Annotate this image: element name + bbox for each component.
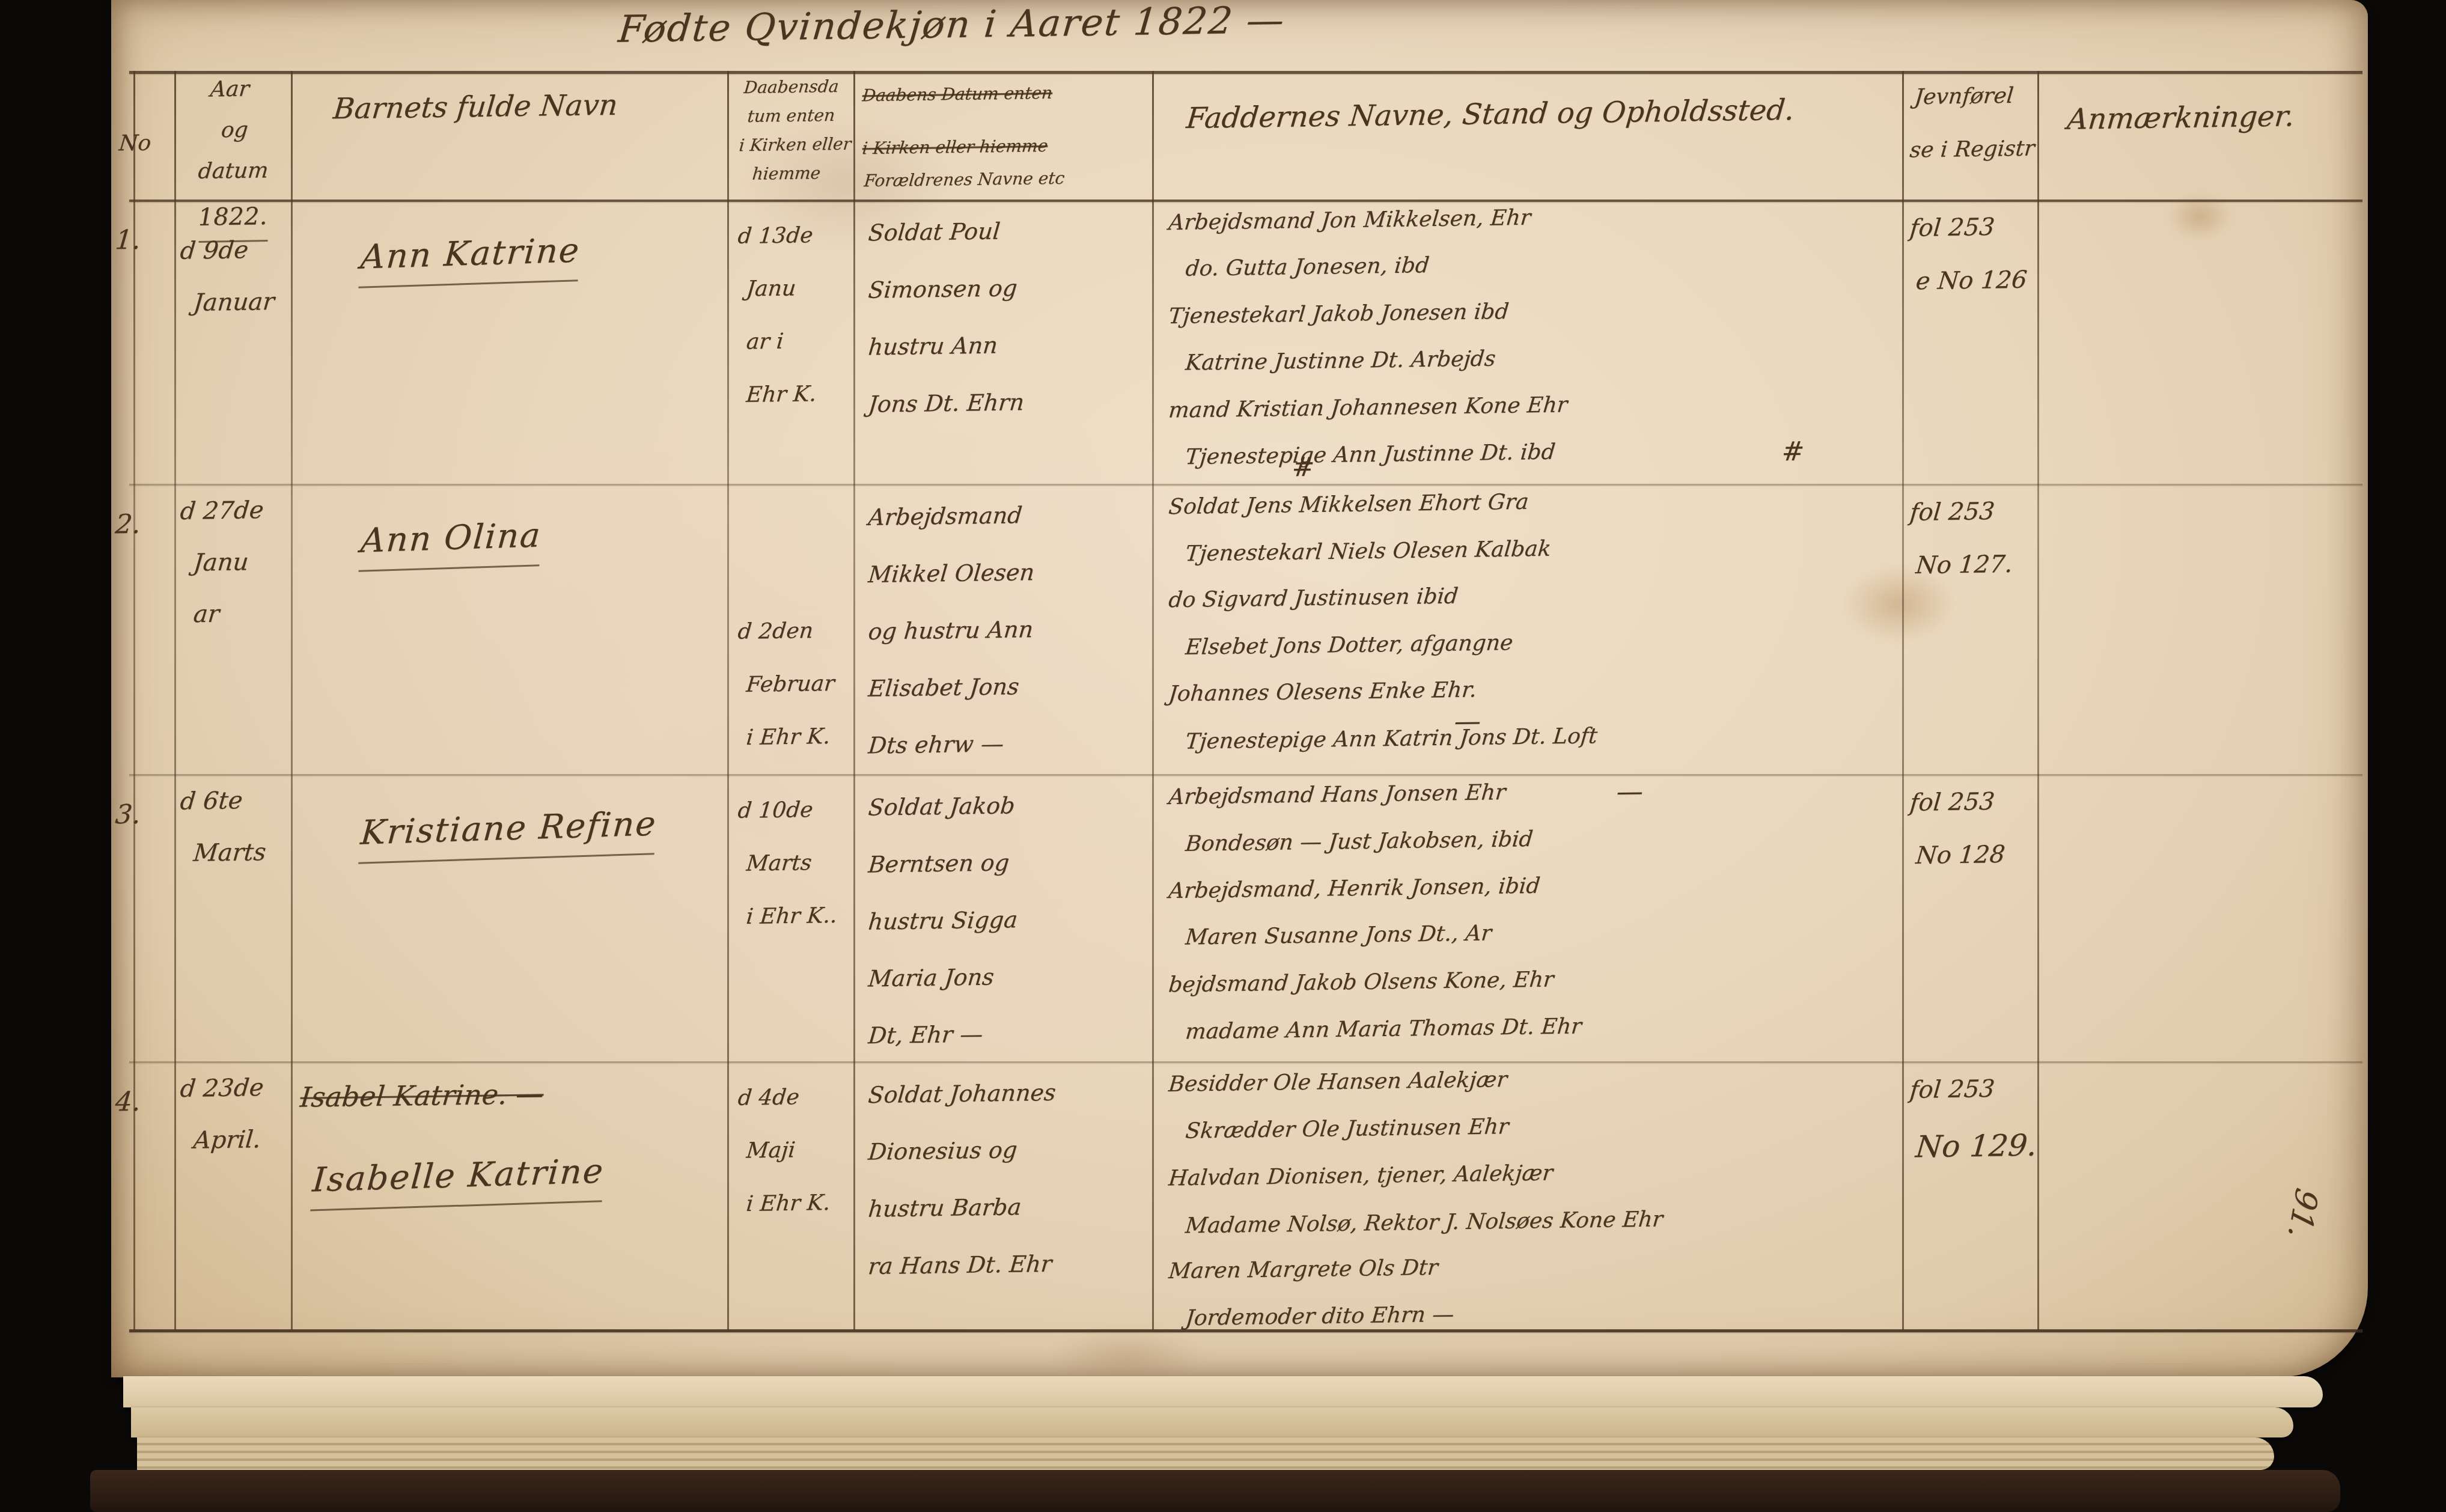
entry-3-parents: Soldat Jakob: [867, 792, 1016, 820]
entry-2-parents: Elisabet Jons: [867, 673, 1020, 701]
entry-3-parents: Berntsen og: [867, 849, 1010, 877]
column-rule: [727, 71, 729, 1331]
entry-1-sponsors: Katrine Justinne Dt. Arbejds: [1185, 346, 1497, 375]
entry-3-baptism-date: i Ehr K..: [745, 903, 838, 929]
entry-2-number: 2.: [114, 509, 142, 540]
column-rule: [133, 71, 135, 1331]
entry-1-sponsors: do. Gutta Jonesen, ibd: [1185, 253, 1430, 281]
entry-4-sponsors: Jordemoder dito Ehrn —: [1185, 1302, 1455, 1331]
column-rule: [1902, 71, 1904, 1331]
entry-3-sponsors: Maren Susanne Jons Dt., Ar: [1185, 921, 1493, 950]
entry-1-name: Ann Katrine: [358, 233, 582, 286]
insertion-mark: #: [1291, 452, 1316, 483]
header-no: No: [118, 131, 152, 156]
header-baptism-line: i Kirken eller: [738, 134, 852, 156]
entry-3-parents: Dt, Ehr —: [867, 1021, 984, 1049]
entry-4-sponsors: Skrædder Ole Justinusen Ehr: [1185, 1114, 1510, 1143]
entry-3-sponsors: Bondesøn — Just Jakobsen, ibid: [1185, 827, 1534, 856]
entry-2-reference: fol 253: [1909, 498, 1996, 526]
entry-3-baptism-date: d 10de: [737, 797, 814, 823]
entry-1-reference: e No 126: [1915, 266, 2028, 296]
header-date-line: og: [220, 118, 249, 143]
header-date-line: Aar: [209, 77, 250, 102]
entry-2-parents: Mikkel Olesen: [867, 559, 1035, 588]
book-cover: [90, 1470, 2340, 1512]
entry-2-sponsors: do Sigvard Justinusen ibid: [1168, 584, 1459, 613]
entry-4-sponsors: Maren Margrete Ols Dtr: [1168, 1255, 1439, 1284]
table-rule: [129, 1329, 2362, 1332]
header-date-line: datum: [197, 158, 269, 184]
paper-stain: [1049, 1328, 1205, 1382]
entry-1-baptism-date: Janu: [745, 276, 797, 301]
entry-1-number: 1.: [114, 225, 142, 256]
column-rule: [291, 71, 293, 1331]
header-reference-line: se i Registr: [1909, 136, 2036, 163]
entry-1-parents: Jons Dt. Ehrn: [867, 389, 1025, 418]
entry-3-name: Kristiane Refine: [358, 807, 659, 862]
entry-1-birth-date: d 9de: [179, 236, 249, 265]
dash-mark: —: [1453, 706, 1483, 737]
entry-3-birth-date: Marts: [192, 838, 267, 867]
entry-2-parents: Dts ehrw —: [867, 730, 1005, 758]
column-rule: [1152, 71, 1154, 1331]
entry-1-parents: Soldat Poul: [867, 218, 1001, 246]
entry-4-number: 4.: [114, 1087, 142, 1118]
entry-4-parents: Dionesius og: [867, 1136, 1019, 1165]
header-parents-struck-line: Daabens Datum enten: [861, 83, 1053, 105]
entry-1-birth-date: Januar: [192, 288, 276, 317]
entry-3-reference: fol 253: [1909, 788, 1996, 817]
page-stack-edge: [137, 1437, 2274, 1470]
entry-1-parents: hustru Ann: [867, 332, 999, 361]
entry-1-sponsors: Tjenestekarl Jakob Jonesen ibd: [1168, 299, 1510, 329]
entry-4-parents: ra Hans Dt. Ehr: [867, 1251, 1053, 1279]
table-rule: [129, 71, 2362, 74]
entry-4-parents: Soldat Johannes: [867, 1079, 1057, 1108]
entry-4-birth-date: d 23de: [179, 1074, 265, 1103]
header-remarks: Anmærkninger.: [2066, 99, 2296, 136]
entry-3-parents: hustru Sigga: [867, 906, 1019, 934]
dash-mark: —: [1615, 776, 1645, 808]
entry-1-reference: fol 253: [1909, 213, 1996, 242]
entry-2-baptism-date: Februar: [745, 671, 835, 697]
entry-4-name-struck: Isabel Katrine. —: [299, 1078, 545, 1114]
entry-2-birth-date: Janu: [192, 548, 250, 576]
entry-3-birth-date: d 6te: [179, 787, 244, 815]
entry-1-baptism-date: d 13de: [737, 223, 814, 249]
column-rule: [853, 71, 855, 1331]
entry-3-reference: No 128: [1915, 841, 2007, 870]
header-reference-line: Jevnførel: [1914, 84, 2014, 109]
entry-2-baptism-date: i Ehr K.: [745, 724, 831, 750]
entry-4-birth-date: April.: [192, 1126, 262, 1154]
entry-1-baptism-date: Ehr K.: [745, 382, 817, 407]
header-baptism-line: hiemme: [751, 163, 821, 184]
entry-4-reference: No 129.: [1914, 1128, 2039, 1165]
entry-2-birth-date: ar: [192, 600, 221, 629]
entry-4-name: Isabelle Katrine: [310, 1154, 606, 1209]
row-rule: [129, 774, 2362, 776]
entry-2-parents: Arbejdsmand: [867, 502, 1023, 531]
header-child-name: Barnets fulde Navn: [332, 88, 619, 126]
entry-1-parents: Simonsen og: [867, 275, 1019, 303]
entry-4-baptism-date: Maji: [745, 1138, 796, 1163]
insertion-mark: #: [1781, 436, 1806, 468]
entry-2-baptism-date: d 2den: [737, 618, 814, 644]
row-rule: [129, 484, 2362, 486]
entry-4-parents: hustru Barba: [867, 1193, 1023, 1222]
entry-2-parents: og hustru Ann: [867, 616, 1034, 645]
entry-4-baptism-date: i Ehr K.: [745, 1190, 831, 1216]
entry-4-sponsors: Besidder Ole Hansen Aalekjær: [1168, 1067, 1508, 1097]
column-rule: [2037, 71, 2039, 1331]
header-baptism-line: Daabensda: [743, 76, 840, 97]
header-parents-line: Forældrenes Navne etc: [863, 168, 1066, 191]
row-rule: [129, 1061, 2362, 1063]
entry-2-sponsors: Tjenestekarl Niels Olesen Kalbak: [1185, 537, 1552, 566]
column-rule: [174, 71, 176, 1331]
page-stack-edge: [123, 1376, 2323, 1407]
entry-3-number: 3.: [114, 799, 142, 831]
entry-2-sponsors: Elsebet Jons Dotter, afgangne: [1185, 630, 1514, 660]
entry-3-baptism-date: Marts: [745, 850, 813, 876]
entry-4-baptism-date: d 4de: [737, 1085, 801, 1110]
header-parents-struck-line: i Kirken eller hiemme: [861, 136, 1049, 158]
entry-1-sponsors: Arbejdsmand Jon Mikkelsen, Ehr: [1168, 206, 1532, 235]
entry-1-sponsors: Tjenestepige Ann Justinne Dt. ibd: [1185, 440, 1557, 470]
entry-3-sponsors: Arbejdsmand, Henrik Jonsen, ibid: [1168, 874, 1542, 904]
header-baptism-line: tum enten: [746, 105, 835, 126]
entry-3-parents: Maria Jons: [867, 964, 995, 992]
entry-4-reference: fol 253: [1909, 1075, 1996, 1104]
entry-3-sponsors: Arbejdsmand Hans Jonsen Ehr: [1168, 780, 1507, 809]
scanned-register-page: Fødte Qvindekjøn i Aaret 1822 — No Aar o…: [0, 0, 2446, 1512]
table-rule: [129, 200, 2362, 202]
entry-2-name: Ann Olina: [358, 517, 543, 570]
entry-2-reference: No 127.: [1915, 550, 2014, 579]
entry-2-sponsors: Johannes Olesens Enke Ehr.: [1168, 677, 1478, 706]
entry-2-birth-date: d 27de: [179, 496, 265, 525]
entry-1-baptism-date: ar i: [745, 329, 784, 355]
page-stack-edge: [131, 1407, 2293, 1437]
entry-2-sponsors: Soldat Jens Mikkelsen Ehort Gra: [1168, 490, 1530, 519]
